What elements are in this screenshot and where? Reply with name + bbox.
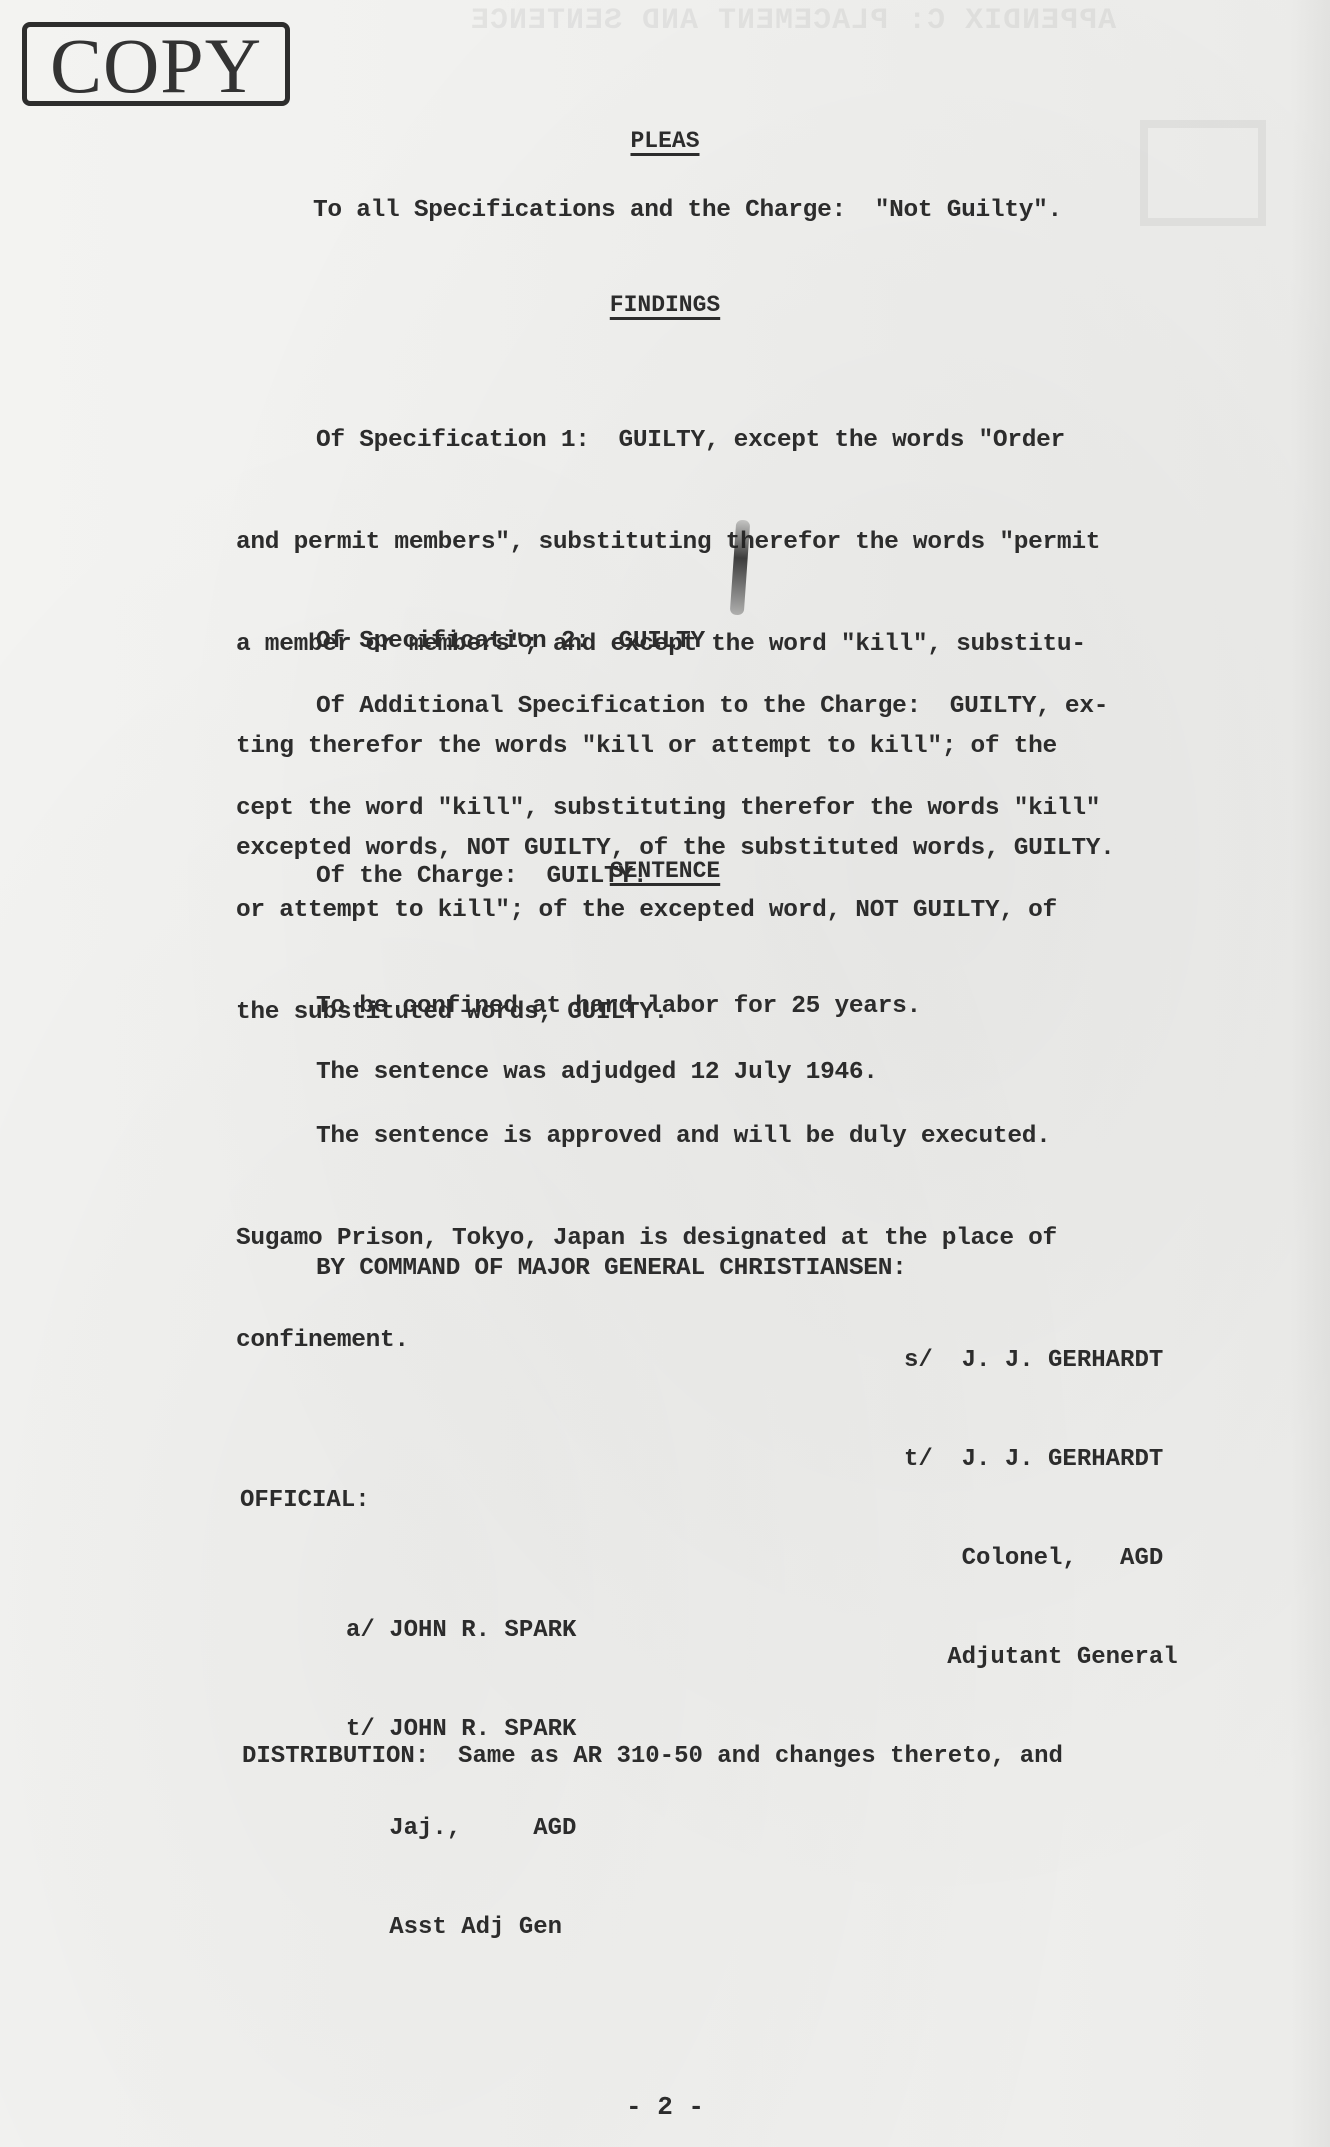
approval-line: The sentence is approved and will be dul… [236,1120,1236,1154]
pleas-text: To all Specifications and the Charge: "N… [313,194,1313,228]
signature-line: Asst Adj Gen [346,1911,576,1944]
pleas-heading: PLEAS [0,128,1330,154]
sentence-heading: SENTENCE [0,858,1330,884]
signature-line: t/ J. J. GERHARDT [904,1443,1178,1476]
official-signature-block: a/ JOHN R. SPARK t/ JOHN R. SPARK Jaj., … [346,1548,576,2010]
signature-line: a/ JOHN R. SPARK [346,1614,576,1647]
copy-stamp-label: COPY [50,27,262,105]
copy-stamp: COPY [22,22,290,106]
finding-line: Of Specification 1: GUILTY, except the w… [236,424,1236,458]
distribution-line: DISTRIBUTION: Same as AR 310-50 and chan… [242,1740,1063,1773]
signature-line: Adjutant General [904,1641,1178,1674]
document-page: APPENDIX C: PLACEMENT AND SENTENCE . COP… [0,0,1330,2147]
findings-heading: FINDINGS [0,292,1330,318]
bleed-through-text: APPENDIX C: PLACEMENT AND SENTENCE [470,4,1116,38]
official-label: OFFICIAL: [240,1484,370,1517]
command-signature-block: s/ J. J. GERHARDT t/ J. J. GERHARDT Colo… [904,1278,1178,1740]
signature-line: Jaj., AGD [346,1812,576,1845]
page-number: - 2 - [0,2092,1330,2122]
signature-line: Colonel, AGD [904,1542,1178,1575]
finding-line: Of Additional Specification to the Charg… [236,690,1236,724]
signature-line: s/ J. J. GERHARDT [904,1344,1178,1377]
